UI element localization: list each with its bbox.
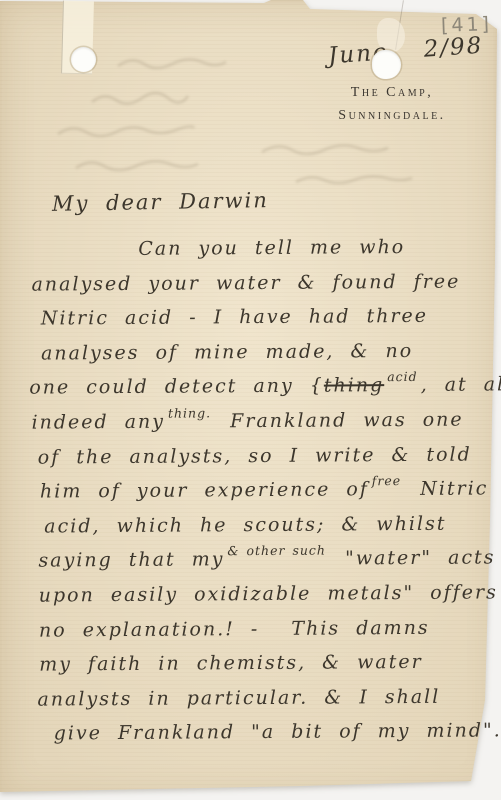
- manuscript-text: Can you tell me who: [138, 236, 405, 260]
- manuscript-text: my faith in chemists, & water: [39, 651, 423, 676]
- manuscript-text: give Frankland "a bit of my mind".: [54, 720, 501, 745]
- manuscript-text: acid, which he scouts; & whilst: [44, 512, 446, 537]
- manuscript-text: indeed any: [31, 411, 165, 434]
- manuscript-text: no explanation.! - This damns: [39, 616, 430, 641]
- manuscript-text: upon easily oxidizable metals" offers: [39, 581, 498, 606]
- punch-hole-left: [71, 47, 96, 72]
- manuscript-line: my faith in chemists, & water: [31, 644, 496, 682]
- manuscript-text: , at all, or: [421, 373, 501, 396]
- manuscript-text: "water" acts violently: [329, 546, 501, 570]
- salutation: My dear Darwin: [52, 188, 269, 216]
- manuscript-text: analyses of mine made, & no: [41, 340, 413, 365]
- manuscript-text: one could detect any {: [29, 375, 324, 399]
- manuscript-text: analysts in particular. & I shall: [37, 685, 440, 710]
- manuscript-line: one could detect any {thingacid, at all,…: [29, 368, 494, 406]
- manuscript-text: Nitric: [404, 478, 488, 501]
- manuscript-text: of the analysts, so I write & told: [38, 443, 472, 468]
- manuscript-line: indeed anything. Frankland was one: [29, 402, 494, 440]
- letter-scan: [41] June 2/98 The Camp, Sunningdale. My…: [0, 0, 501, 800]
- printed-letterhead: The Camp, Sunningdale.: [317, 86, 467, 123]
- manuscript-line: analysts in particular. & I shall: [31, 679, 496, 717]
- manuscript-text: him of your experience of: [40, 478, 369, 502]
- manuscript-line: analysed your water & found free: [28, 264, 493, 302]
- manuscript-line: him of your experience offree Nitric: [30, 472, 495, 510]
- manuscript-text: Nitric acid - I have had three: [41, 305, 428, 330]
- manuscript-line: give Frankland "a bit of my mind".: [32, 714, 497, 752]
- inserted-word: & other such: [227, 551, 326, 552]
- letter-body: Can you tell me whoanalysed your water &…: [28, 229, 497, 751]
- punch-hole-right: [372, 50, 401, 79]
- manuscript-line: upon easily oxidizable metals" offers: [31, 575, 496, 613]
- manuscript-text: analysed your water & found free: [31, 270, 460, 295]
- manuscript-line: analyses of mine made, & no: [29, 333, 494, 371]
- letterhead-address-line1: The Camp,: [317, 86, 467, 100]
- struck-word: thing: [324, 375, 385, 397]
- manuscript-line: Can you tell me who: [28, 229, 493, 267]
- manuscript-text: Frankland was one: [214, 409, 464, 433]
- manuscript-text: saying that my: [38, 549, 224, 572]
- manuscript-line: of the analysts, so I write & told: [30, 437, 495, 475]
- manuscript-line: saying that my& other such "water" acts …: [30, 541, 495, 579]
- letterhead-address-line2: Sunningdale.: [317, 109, 467, 123]
- manuscript-line: Nitric acid - I have had three: [29, 299, 494, 337]
- manuscript-line: acid, which he scouts; & whilst: [30, 506, 495, 544]
- manuscript-line: no explanation.! - This damns: [31, 610, 496, 648]
